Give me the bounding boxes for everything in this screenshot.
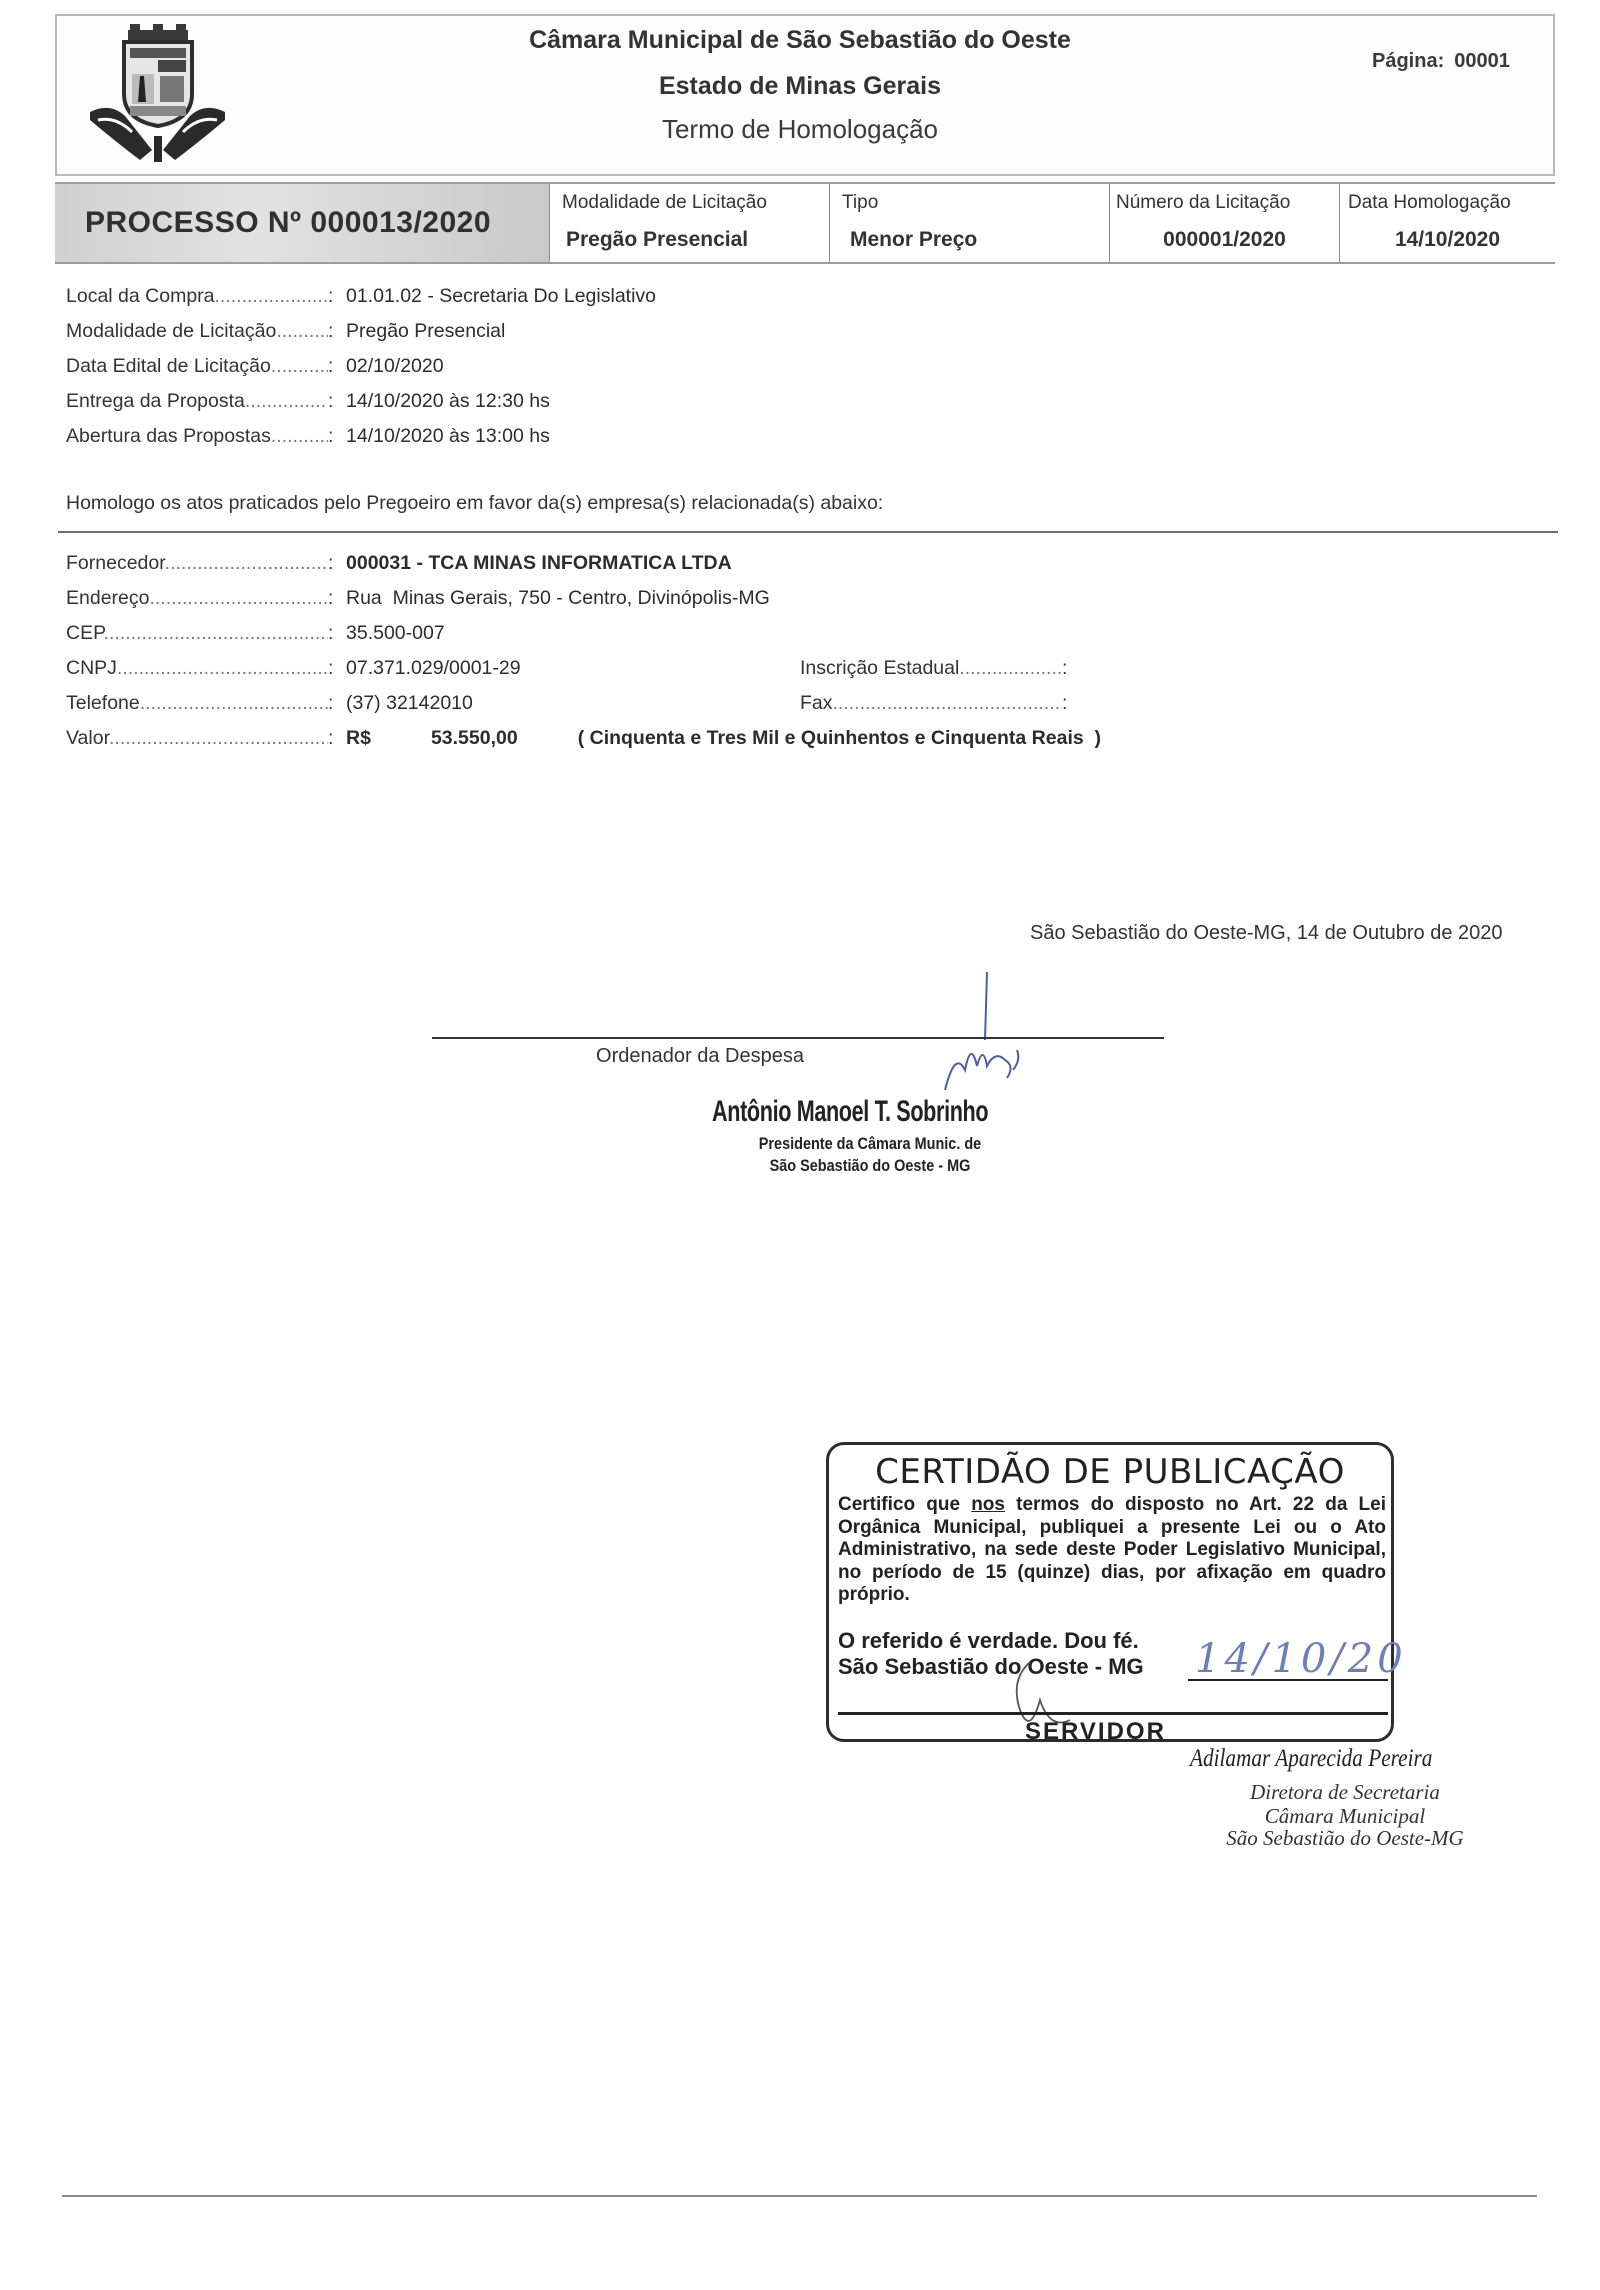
supplier-label: Fornecedor xyxy=(66,552,328,575)
detail-label: Entrega da Proposta xyxy=(66,390,328,413)
valor-amount: 53.550,00 xyxy=(431,727,518,750)
cell-value: Pregão Presencial xyxy=(566,228,829,252)
supplier-label: Endereço xyxy=(66,587,328,610)
stamp-title: CERTIDÃO DE PUBLICAÇÃO xyxy=(826,1452,1394,1492)
detail-value: 14/10/2020 às 12:30 hs xyxy=(346,390,550,413)
signature-line xyxy=(432,1037,1164,1039)
page-label: Página: xyxy=(1372,50,1444,72)
cell-value: Menor Preço xyxy=(850,228,1109,252)
detail-value: 01.01.02 - Secretaria Do Legislativo xyxy=(346,285,656,308)
stamp-text: Certifico que xyxy=(838,1494,971,1515)
detail-label: Modalidade de Licitação xyxy=(66,320,328,343)
footer-divider xyxy=(62,2195,1537,2197)
detail-value: 02/10/2020 xyxy=(346,355,444,378)
supplier-name: 000031 - TCA MINAS INFORMATICA LTDA xyxy=(346,552,732,575)
stamp-handwritten-date: 14/10/20 xyxy=(1195,1636,1407,1682)
valor-in-words: ( Cinquenta e Tres Mil e Quinhentos e Ci… xyxy=(578,727,1101,750)
supplier-fax: Fax: xyxy=(800,692,1067,715)
supplier-label: Valor xyxy=(66,727,328,750)
detail-label: Data Edital de Licitação xyxy=(66,355,328,378)
supplier-row-endereco: Endereço: Rua Minas Gerais, 750 - Centro… xyxy=(66,587,770,610)
stamp-text-underlined: nos xyxy=(971,1494,1005,1515)
director-role: Diretora de Secretaria xyxy=(1180,1780,1510,1805)
supplier-row-cep: CEP: 35.500-007 xyxy=(66,622,445,645)
cell-value: 000001/2020 xyxy=(1110,228,1339,252)
detail-value: 14/10/2020 às 13:00 hs xyxy=(346,425,550,448)
supplier-phone: (37) 32142010 xyxy=(346,692,473,715)
supplier-label: Fax xyxy=(800,692,1062,715)
process-cell-modalidade: Modalidade de Licitação Pregão Presencia… xyxy=(550,184,830,262)
supplier-label: Telefone xyxy=(66,692,328,715)
supplier-label: CNPJ xyxy=(66,657,328,680)
director-location: São Sebastião do Oeste-MG xyxy=(1180,1826,1510,1851)
valor-currency: R$ xyxy=(346,727,371,750)
signature-caption: Ordenador da Despesa xyxy=(0,1045,1500,1068)
supplier-row-valor: Valor: R$ 53.550,00 ( Cinquenta e Tres M… xyxy=(66,727,1101,750)
detail-row-local-compra: Local da Compra: 01.01.02 - Secretaria D… xyxy=(66,285,656,308)
signer-name: Antônio Manoel T. Sobrinho xyxy=(712,1095,988,1129)
stamp-date-line xyxy=(1188,1679,1388,1681)
cell-label: Número da Licitação xyxy=(1116,192,1290,214)
supplier-cnpj: 07.371.029/0001-29 xyxy=(346,657,521,680)
detail-row-abertura-propostas: Abertura das Propostas: 14/10/2020 às 13… xyxy=(66,425,550,448)
stamp-truth-line: O referido é verdade. Dou fé. xyxy=(838,1628,1144,1654)
cell-label: Tipo xyxy=(842,192,878,214)
handwritten-signature-icon xyxy=(925,970,1035,1110)
supplier-inscricao-estadual: Inscrição Estadual: xyxy=(800,657,1067,680)
supplier-cep: 35.500-007 xyxy=(346,622,445,645)
supplier-row-fornecedor: Fornecedor: 000031 - TCA MINAS INFORMATI… xyxy=(66,552,732,575)
supplier-row-telefone: Telefone: (37) 32142010 xyxy=(66,692,473,715)
supplier-label: CEP xyxy=(66,622,328,645)
detail-row-modalidade: Modalidade de Licitação: Pregão Presenci… xyxy=(66,320,505,343)
process-number: PROCESSO Nº 000013/2020 xyxy=(55,184,550,262)
detail-value: Pregão Presencial xyxy=(346,320,505,343)
page-number: 00001 xyxy=(1454,50,1510,72)
cell-label: Modalidade de Licitação xyxy=(562,192,767,214)
detail-label: Local da Compra xyxy=(66,285,328,308)
cell-label: Data Homologação xyxy=(1348,192,1511,214)
stamp-body: Certifico que nos termos do disposto no … xyxy=(838,1494,1386,1607)
detail-row-entrega-proposta: Entrega da Proposta: 14/10/2020 às 12:30… xyxy=(66,390,550,413)
city-and-date: São Sebastião do Oeste-MG, 14 de Outubro… xyxy=(1030,922,1503,945)
supplier-label: Inscrição Estadual xyxy=(800,657,1062,680)
supplier-row-cnpj: CNPJ: 07.371.029/0001-29 xyxy=(66,657,521,680)
institution-name: Câmara Municipal de São Sebastião do Oes… xyxy=(0,26,1600,55)
document-type-title: Termo de Homologação xyxy=(0,114,1600,145)
state-name: Estado de Minas Gerais xyxy=(0,72,1600,101)
homologation-statement: Homologo os atos praticados pelo Pregoei… xyxy=(66,492,883,515)
page-indicator: Página:00001 xyxy=(1372,50,1510,73)
process-cell-tipo: Tipo Menor Preço xyxy=(830,184,1110,262)
process-cell-numero-licitacao: Número da Licitação 000001/2020 xyxy=(1110,184,1340,262)
supplier-address: Rua Minas Gerais, 750 - Centro, Divinópo… xyxy=(346,587,770,610)
signer-location: São Sebastião do Oeste - MG xyxy=(445,1156,1295,1176)
process-summary-bar: PROCESSO Nº 000013/2020 Modalidade de Li… xyxy=(55,182,1555,264)
process-cell-data-homologacao: Data Homologação 14/10/2020 xyxy=(1340,184,1555,262)
stamp-signature-line xyxy=(838,1712,1388,1715)
detail-row-data-edital: Data Edital de Licitação: 02/10/2020 xyxy=(66,355,444,378)
signer-role: Presidente da Câmara Munic. de xyxy=(445,1134,1295,1154)
cell-value: 14/10/2020 xyxy=(1340,228,1555,252)
detail-label: Abertura das Propostas xyxy=(66,425,328,448)
stamp-servidor-label: SERVIDOR xyxy=(1025,1718,1166,1746)
director-name: Adilamar Aparecida Pereira xyxy=(1190,1745,1432,1773)
section-divider xyxy=(58,531,1558,533)
